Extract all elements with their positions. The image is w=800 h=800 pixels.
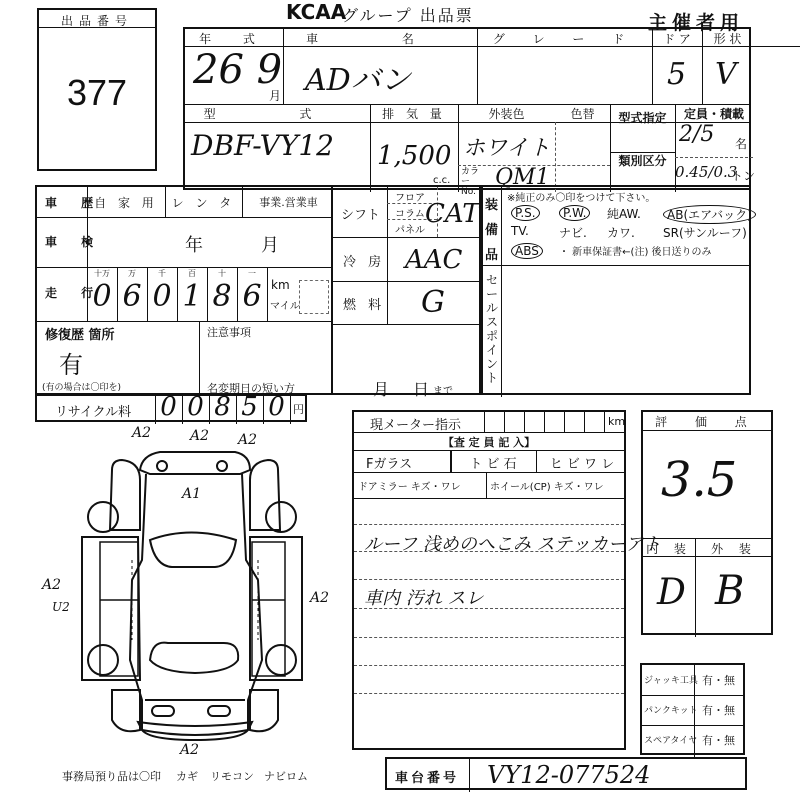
damage-mark-left-panel: U2	[52, 600, 70, 614]
damage-mark-left-door: A2	[42, 577, 61, 593]
damage-mark-front: A2	[180, 742, 199, 758]
car-damage-diagram	[0, 0, 800, 800]
office-item-remote[interactable]: リモコン	[210, 768, 254, 784]
damage-mark-rear-center: A2	[190, 428, 209, 444]
damage-mark-rear-left: A2	[132, 425, 151, 441]
office-item-nav-rom[interactable]: ナビロム	[264, 768, 308, 784]
damage-mark-right-door: A2	[310, 590, 329, 606]
office-items-label: 事務局預り品は〇印	[62, 768, 161, 784]
office-item-key[interactable]: カギ	[176, 768, 198, 784]
damage-mark-trunk: A1	[182, 486, 201, 502]
damage-mark-rear-right: A2	[238, 432, 257, 448]
